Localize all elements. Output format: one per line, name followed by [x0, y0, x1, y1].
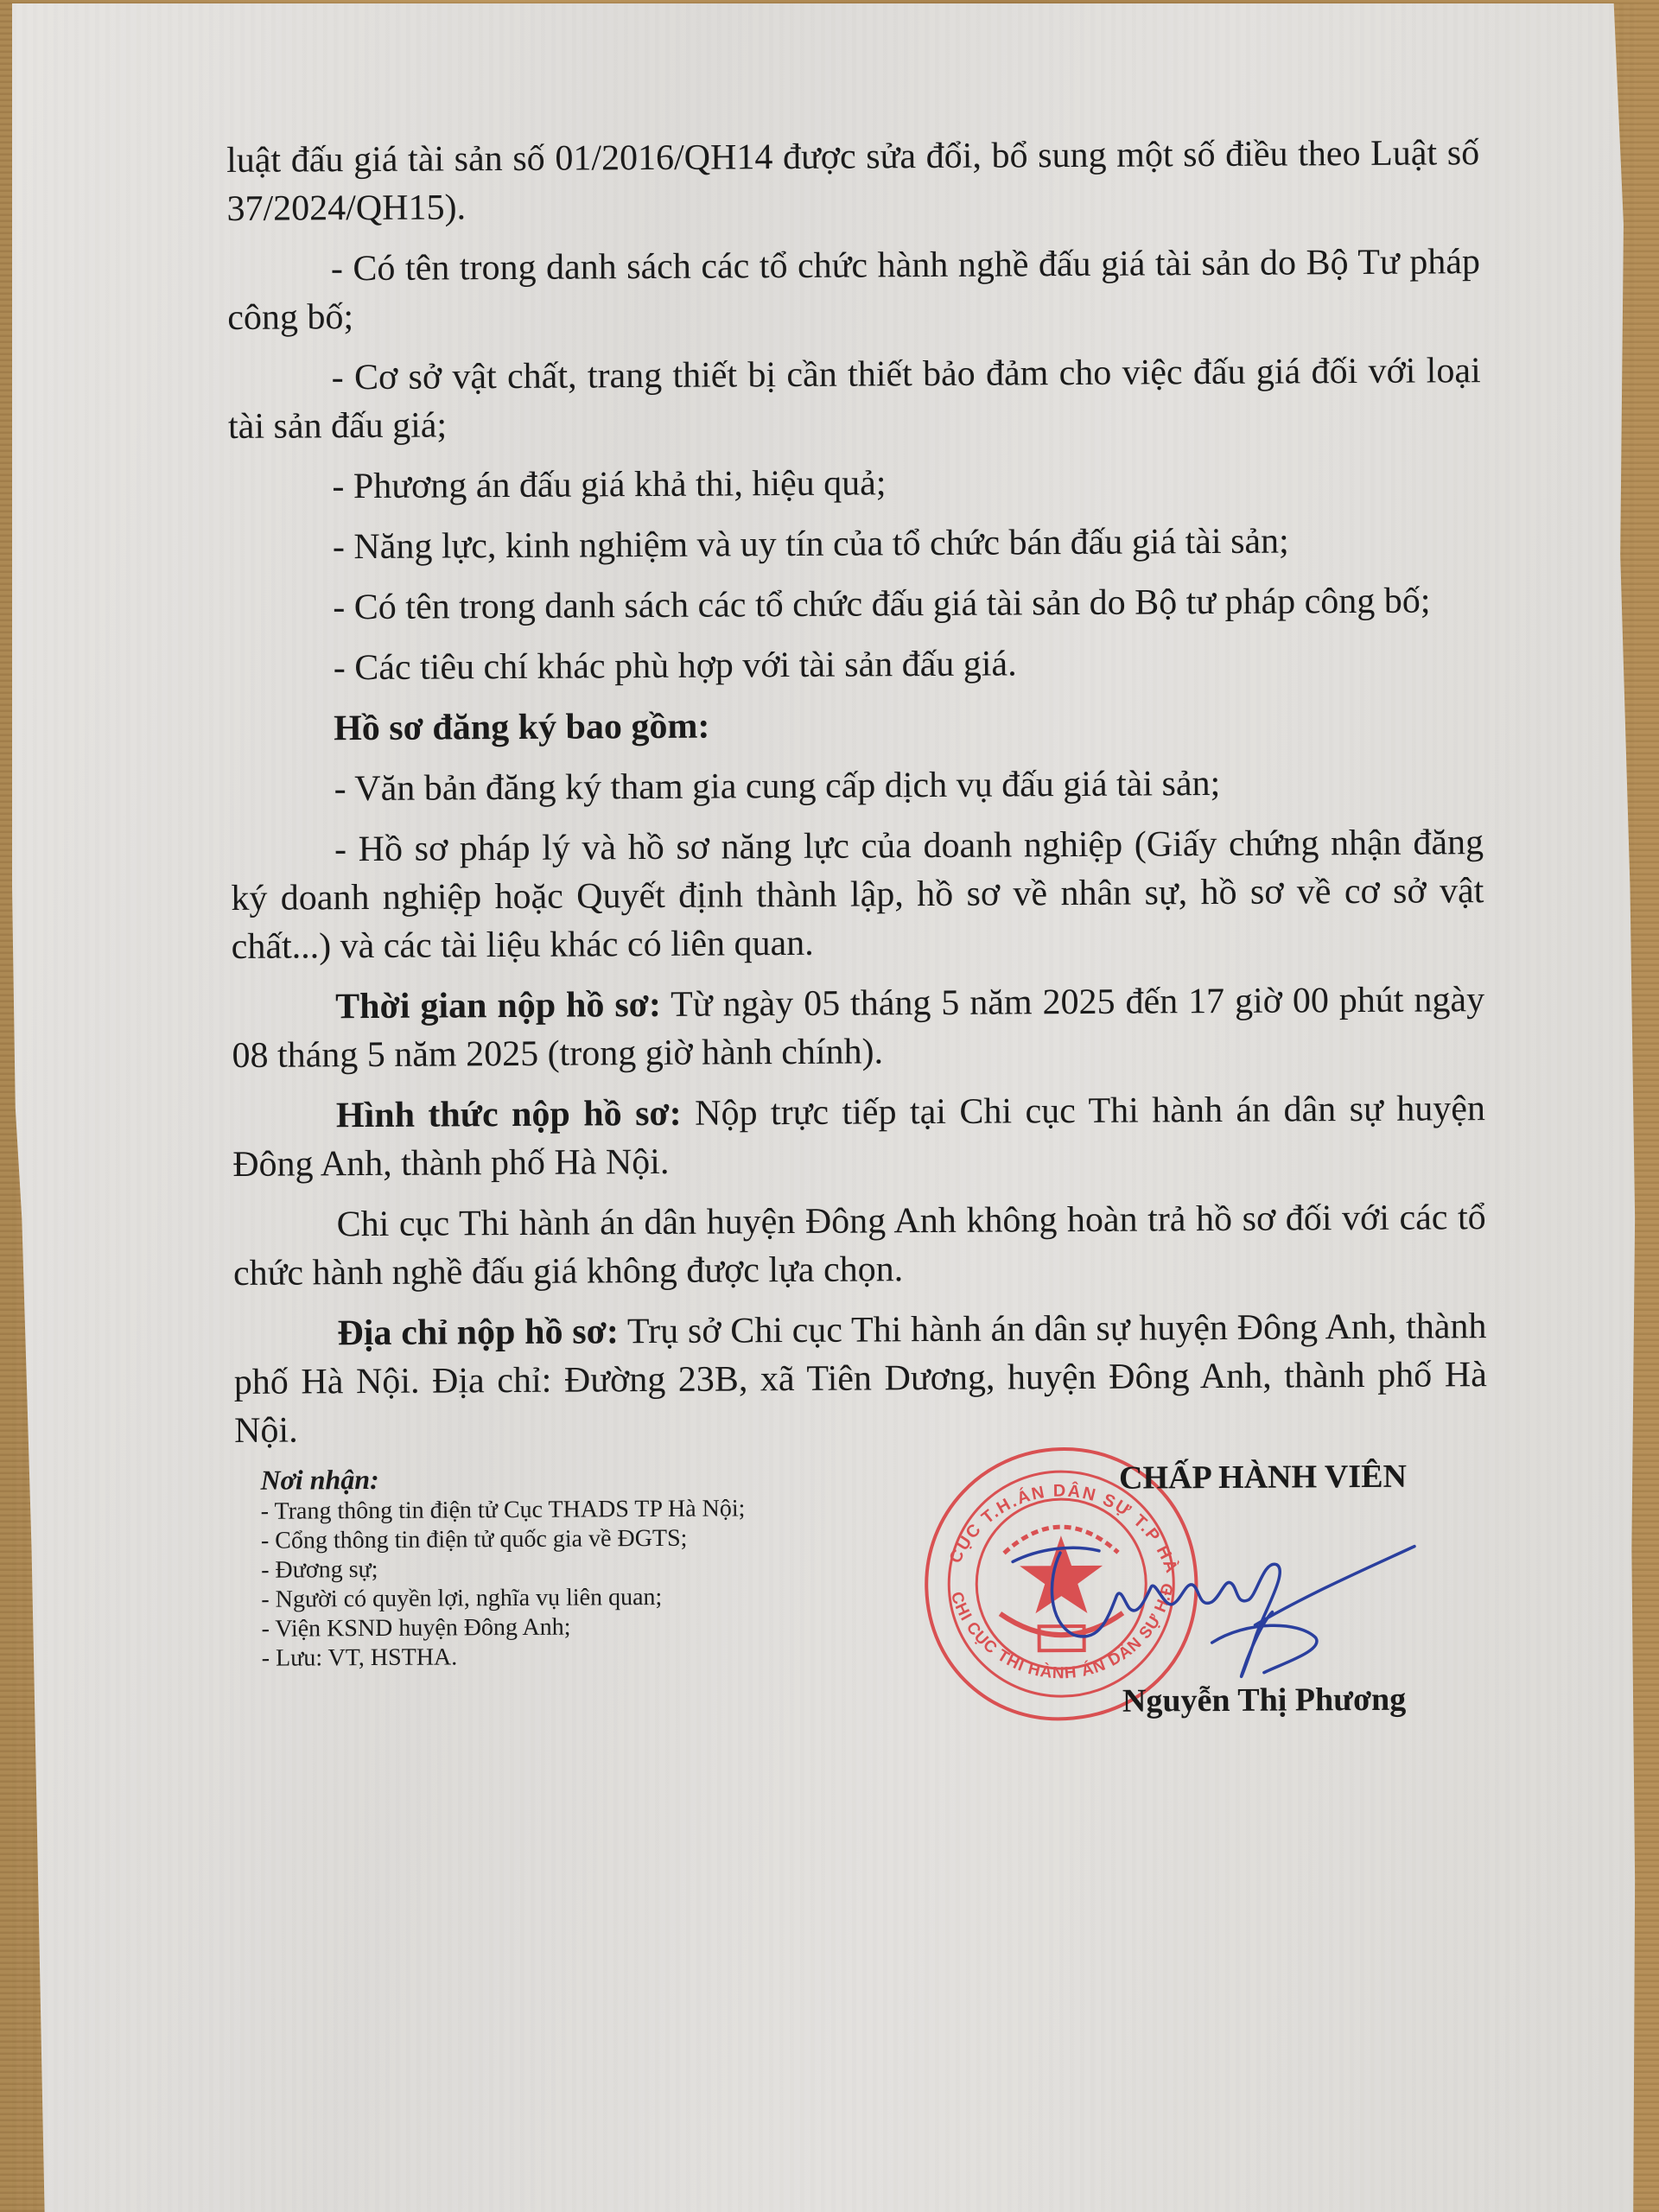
- paragraph-text: - Có tên trong danh sách các tổ chức hàn…: [227, 242, 1480, 338]
- recipients-list: - Trang thông tin điện tử Cục THADS TP H…: [261, 1493, 953, 1674]
- document-body: luật đấu giá tài sản số 01/2016/QH14 đượ…: [226, 129, 1487, 1467]
- paragraph-text: - Phương án đấu giá khả thi, hiệu quả;: [332, 463, 886, 506]
- recipients-title: Nơi nhận:: [260, 1459, 951, 1497]
- paragraph: - Phương án đấu giá khả thi, hiệu quả;: [228, 455, 1481, 512]
- recipients-block: Nơi nhận: - Trang thông tin điện tử Cục …: [260, 1459, 952, 1674]
- paragraph: luật đấu giá tài sản số 01/2016/QH14 đượ…: [226, 129, 1480, 233]
- paragraph: - Có tên trong danh sách các tổ chức hàn…: [227, 238, 1481, 342]
- recipient-item: - Đương sự;: [261, 1552, 952, 1586]
- recipient-item: - Cổng thông tin điện tử quốc gia về ĐGT…: [261, 1522, 952, 1556]
- recipient-item: - Viện KSND huyện Đông Anh;: [261, 1611, 952, 1644]
- paragraph-heading: Hình thức nộp hồ sơ:: [336, 1094, 682, 1135]
- signer-title: CHẤP HÀNH VIÊN: [1020, 1455, 1504, 1499]
- paragraph: - Văn bản đăng ký tham gia cung cấp dịch…: [230, 758, 1483, 814]
- paragraph-text: - Các tiêu chí khác phù hợp với tài sản …: [334, 644, 1017, 688]
- handwritten-signature-icon: [978, 1525, 1428, 1683]
- paragraph: - Hồ sơ pháp lý và hồ sơ năng lực của do…: [231, 818, 1484, 971]
- paragraph-heading: Hồ sơ đăng ký bao gồm:: [334, 707, 709, 749]
- paragraph-text: Chi cục Thi hành án dân huyện Đông Anh k…: [233, 1198, 1486, 1294]
- paragraph-text: - Có tên trong danh sách các tổ chức đấu…: [333, 581, 1430, 627]
- paragraph: - Năng lực, kinh nghiệm và uy tín của tổ…: [229, 516, 1482, 572]
- paragraphs: luật đấu giá tài sản số 01/2016/QH14 đượ…: [226, 129, 1487, 1455]
- paragraph-text: luật đấu giá tài sản số 01/2016/QH14 đượ…: [226, 133, 1479, 229]
- recipient-item: - Người có quyền lợi, nghĩa vụ liên quan…: [261, 1581, 952, 1615]
- paragraph: - Cơ sở vật chất, trang thiết bị cần thi…: [228, 346, 1482, 451]
- document-footer: Nơi nhận: - Trang thông tin điện tử Cục …: [234, 1455, 1489, 1791]
- paragraph: - Có tên trong danh sách các tổ chức đấu…: [229, 576, 1482, 632]
- paragraph-heading: Thời gian nộp hồ sơ:: [335, 985, 661, 1027]
- recipient-item: - Lưu: VT, HSTHA.: [262, 1640, 953, 1674]
- recipient-item: - Trang thông tin điện tử Cục THADS TP H…: [261, 1493, 952, 1527]
- paragraph: Hồ sơ đăng ký bao gồm:: [230, 697, 1483, 753]
- signer-name: Nguyễn Thị Phương: [1022, 1678, 1506, 1722]
- paragraph-text: - Cơ sở vật chất, trang thiết bị cần thi…: [228, 351, 1481, 447]
- paragraph-text: - Văn bản đăng ký tham gia cung cấp dịch…: [334, 764, 1220, 809]
- paragraph-text: - Năng lực, kinh nghiệm và uy tín của tổ…: [333, 521, 1289, 567]
- paragraph-text: - Hồ sơ pháp lý và hồ sơ năng lực của do…: [231, 823, 1484, 967]
- paragraph: Địa chỉ nộp hồ sơ: Trụ sở Chi cục Thi hà…: [233, 1302, 1487, 1455]
- paragraph: - Các tiêu chí khác phù hợp với tài sản …: [230, 637, 1483, 693]
- paragraph: Chi cục Thi hành án dân huyện Đông Anh k…: [233, 1193, 1487, 1298]
- signature-block: CỤC T.H.ÁN DÂN SỰ T.P HÀ NỘI CHI CỤC THI…: [1020, 1455, 1504, 1499]
- paragraph-heading: Địa chỉ nộp hồ sơ:: [337, 1312, 619, 1353]
- paragraph: Hình thức nộp hồ sơ: Nộp trực tiếp tại C…: [232, 1084, 1486, 1189]
- paragraph: Thời gian nộp hồ sơ: Từ ngày 05 tháng 5 …: [232, 976, 1485, 1080]
